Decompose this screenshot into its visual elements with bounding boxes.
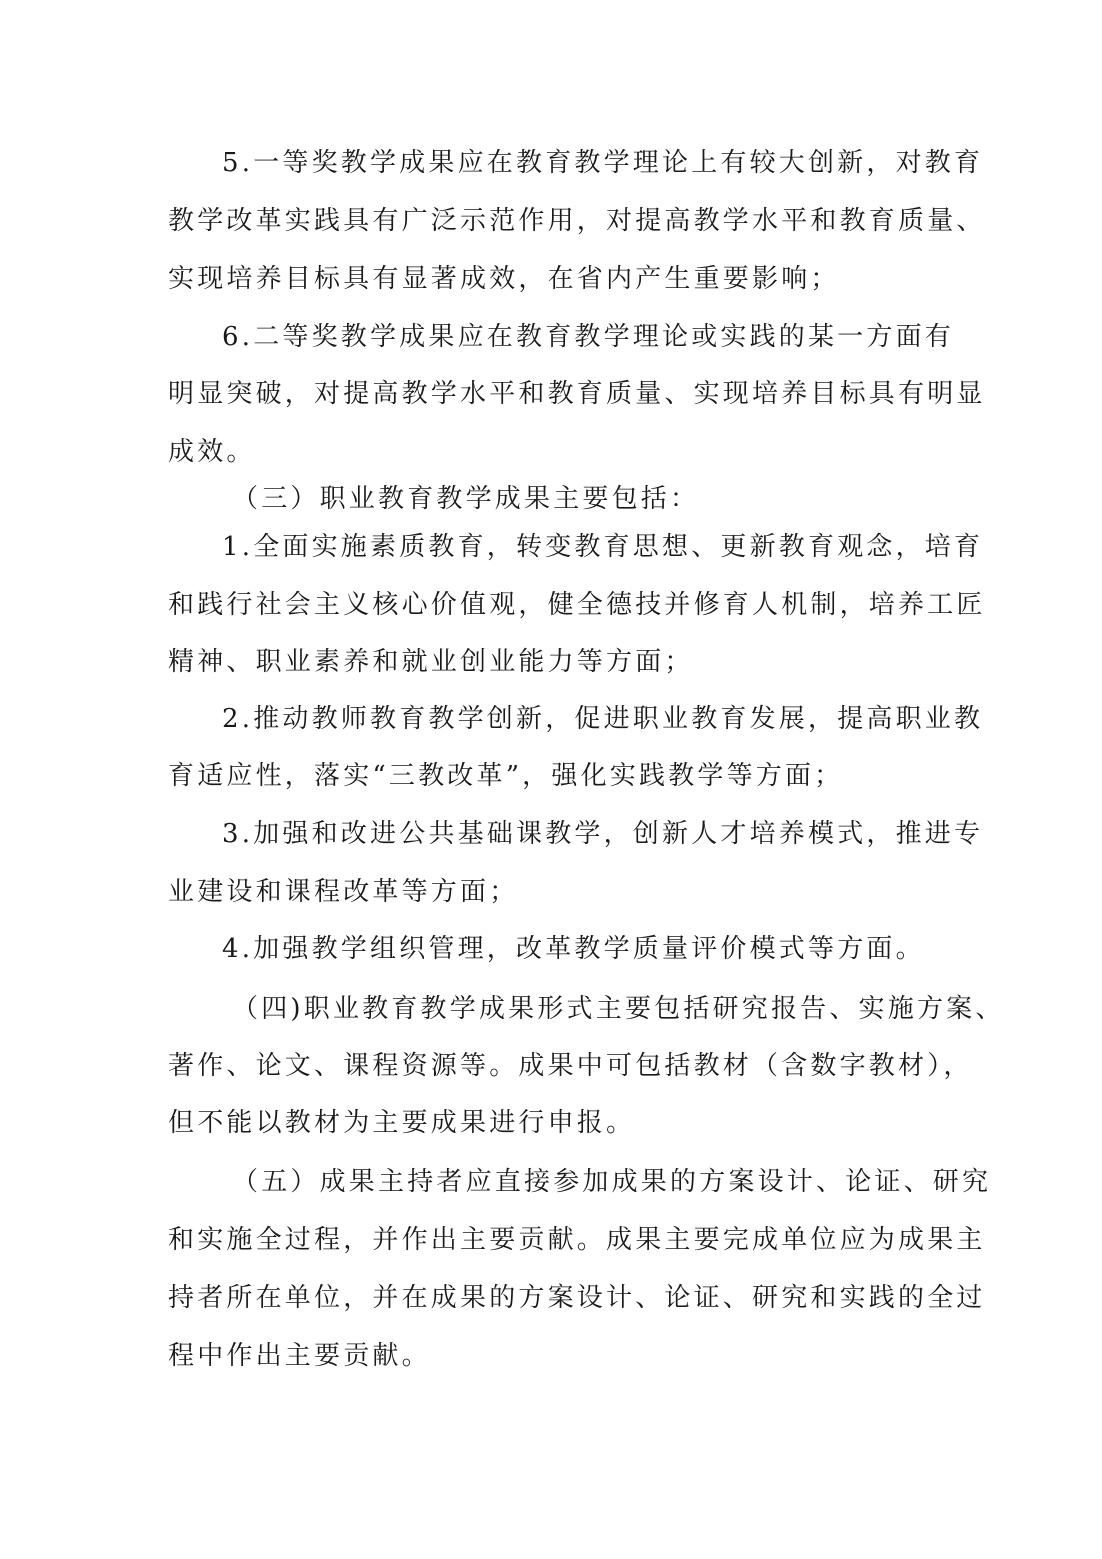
- paragraph-line: 持者所在单位，并在成果的方案设计、论证、研究和实践的全过: [168, 1281, 938, 1315]
- paragraph-line: 3.加强和改进公共基础课教学，创新人才培养模式，推进专: [222, 817, 992, 851]
- paragraph-line: 程中作出主要贡献。: [168, 1339, 938, 1373]
- paragraph-line: 实现培养目标具有显著成效，在省内产生重要影响；: [168, 262, 938, 296]
- paragraph-line: 和践行社会主义核心价值观，健全德技并修育人机制，培养工匠: [168, 588, 938, 622]
- paragraph-line: 业建设和课程改革等方面；: [168, 875, 938, 909]
- paragraph-line: 但不能以教材为主要成果进行申报。: [168, 1106, 938, 1140]
- paragraph-line: 明显突破，对提高教学水平和教育质量、实现培养目标具有明显: [168, 377, 938, 411]
- section-heading: （三）职业教育教学成果主要包括：: [232, 482, 1002, 516]
- section-paragraph-line: （五）成果主持者应直接参加成果的方案设计、论证、研究: [232, 1165, 1002, 1199]
- section-paragraph-line: （四)职业教育教学成果形式主要包括研究报告、实施方案、: [232, 992, 1002, 1026]
- paragraph-line: 著作、论文、课程资源等。成果中可包括教材（含数字教材），: [168, 1049, 938, 1083]
- paragraph-line: 1.全面实施素质教育，转变教育思想、更新教育观念，培育: [222, 530, 992, 564]
- paragraph-line: 2.推动教师教育教学创新，促进职业教育发展，提高职业教: [222, 702, 992, 736]
- paragraph-line: 精神、职业素养和就业创业能力等方面；: [168, 645, 938, 679]
- paragraph-line: 5.一等奖教学成果应在教育教学理论上有较大创新，对教育: [222, 146, 992, 180]
- document-page: 5.一等奖教学成果应在教育教学理论上有较大创新，对教育 教学改革实践具有广泛示范…: [0, 0, 1102, 1559]
- paragraph-line: 育适应性，落实“三教改革”，强化实践教学等方面；: [168, 759, 938, 793]
- paragraph-line: 和实施全过程，并作出主要贡献。成果主要完成单位应为成果主: [168, 1223, 938, 1257]
- paragraph-line: 教学改革实践具有广泛示范作用，对提高教学水平和教育质量、: [168, 204, 938, 238]
- paragraph-line: 6.二等奖教学成果应在教育教学理论或实践的某一方面有: [222, 320, 992, 354]
- paragraph-line: 4.加强教学组织管理，改革教学质量评价模式等方面。: [222, 932, 992, 966]
- paragraph-line: 成效。: [168, 435, 938, 469]
